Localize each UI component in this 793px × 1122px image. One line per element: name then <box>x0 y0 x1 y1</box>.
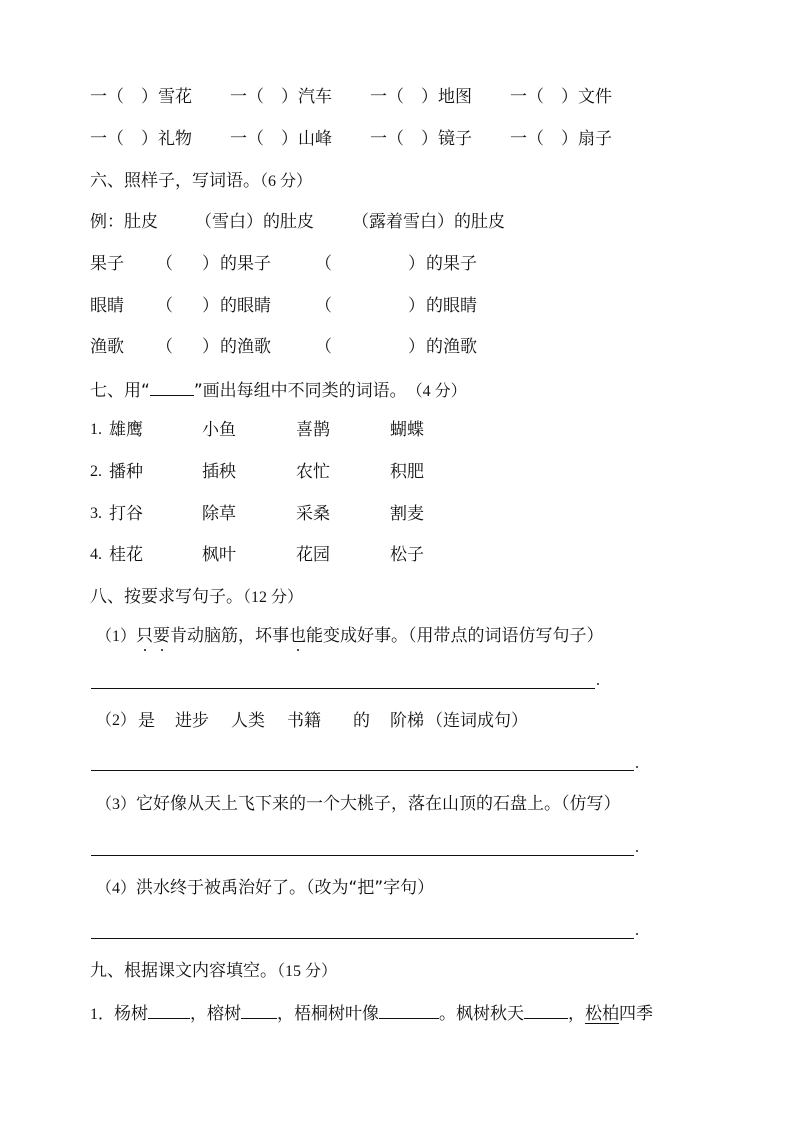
measure-word-item: 一（ ）山峰 <box>230 127 332 151</box>
measure-word-item: 一（ ）文件 <box>510 85 612 109</box>
answer-line-end-dot <box>636 766 638 768</box>
answer-line[interactable] <box>91 688 595 689</box>
question-9-1: 1．杨树，榕树，梧桐树叶像。枫树秋天，松柏四季 <box>90 1000 653 1027</box>
section-title: 六、照样子，写词语。 <box>90 171 260 191</box>
fill-text: 杨树 <box>114 1004 148 1024</box>
fill-blank[interactable] <box>379 1000 439 1019</box>
blank-prefix: 一（ ） <box>510 87 578 107</box>
noun: 汽车 <box>298 87 332 107</box>
row-long-suffix: 的渔歌 <box>426 335 477 359</box>
scrambled-word: 的 <box>353 709 370 733</box>
dotted-char: 只 <box>136 626 153 646</box>
scrambled-word: 进步 <box>175 709 209 733</box>
scrambled-word: 人类 <box>231 709 265 733</box>
section-title-part: 七、用“ <box>90 381 150 401</box>
group-word: 雄鹰 <box>109 418 143 442</box>
dotted-char: 要 <box>153 626 170 646</box>
row-word: 果子 <box>90 252 124 276</box>
fill-blank[interactable] <box>241 1000 277 1019</box>
fill-text: ，榕树 <box>190 1004 241 1024</box>
blank-prefix: 一（ ） <box>90 87 158 107</box>
section-title-part: ”画出每组中不同类的词语。 <box>194 381 407 401</box>
section-8-heading: 八、按要求写句子。（12 分） <box>90 585 303 610</box>
question-number: 1． <box>90 1006 114 1023</box>
answer-line[interactable] <box>91 770 634 771</box>
question-8-3: （3）它好像从天上飞下来的一个大桃子，落在山顶的石盘上。（仿写） <box>96 792 621 817</box>
example-label: 例：肚皮 <box>90 210 158 234</box>
close-paren: ） <box>202 294 219 318</box>
scrambled-word: 书籍 <box>287 709 321 733</box>
group-number: 2. <box>90 460 102 484</box>
answer-line[interactable] <box>91 855 634 856</box>
scrambled-word: 是 <box>138 709 155 733</box>
answer-line-end-dot <box>636 933 638 935</box>
question-instruction: （仿写） <box>561 794 621 814</box>
measure-word-item: 一（ ）礼物 <box>90 127 192 151</box>
question-text: 洪水终于被禹治好了。 <box>136 878 306 898</box>
group-word: 播种 <box>109 460 143 484</box>
dotted-char: 也 <box>289 626 306 646</box>
blank-prefix: 一（ ） <box>230 129 298 149</box>
section-score: （15 分） <box>277 963 337 980</box>
row-word: 渔歌 <box>90 335 124 359</box>
measure-word-item: 一（ ）地图 <box>370 85 472 109</box>
question-number: （2） <box>96 709 136 733</box>
fill-text: 。枫树秋天 <box>439 1004 524 1024</box>
question-instruction: （用带点的词语仿写句子） <box>408 626 604 646</box>
group-word: 枫叶 <box>202 543 236 567</box>
answer-line-end-dot <box>636 850 638 852</box>
group-number: 4. <box>90 543 102 567</box>
question-text: 肯动脑筋，坏事 <box>170 626 289 646</box>
blank-prefix: 一（ ） <box>370 87 438 107</box>
group-word: 割麦 <box>390 502 424 526</box>
question-text: 能变成好事。 <box>306 626 408 646</box>
close-paren: ） <box>202 335 219 359</box>
noun: 山峰 <box>298 129 332 149</box>
measure-word-item: 一（ ）镜子 <box>370 127 472 151</box>
group-word: 采桑 <box>296 502 330 526</box>
section-score: （4 分） <box>415 383 467 400</box>
answer-line[interactable] <box>91 938 634 939</box>
group-word: 松子 <box>390 543 424 567</box>
close-paren: ） <box>202 252 219 276</box>
open-paren: （ <box>156 294 173 318</box>
row-long-suffix: 的眼睛 <box>426 294 477 318</box>
blank-prefix: 一（ ） <box>370 129 438 149</box>
section-title: 九、根据课文内容填空。 <box>90 961 277 981</box>
question-text: 它好像从天上飞下来的一个大桃子，落在山顶的石盘上。 <box>136 794 561 814</box>
example-short: （雪白）的肚皮 <box>195 210 314 234</box>
row-short-suffix: 的渔歌 <box>220 335 271 359</box>
noun: 镜子 <box>438 129 472 149</box>
group-word: 喜鹊 <box>296 418 330 442</box>
open-paren: （ <box>315 335 332 359</box>
question-number: （4） <box>96 880 136 897</box>
group-number: 3. <box>90 502 102 526</box>
group-word: 蝴蝶 <box>390 418 424 442</box>
section-7-heading: 七、用“”画出每组中不同类的词语。（4 分） <box>90 377 467 404</box>
close-paren: ） <box>408 335 425 359</box>
row-word: 眼睛 <box>90 294 124 318</box>
fill-blank[interactable] <box>524 1000 568 1019</box>
question-8-4: （4）洪水终于被禹治好了。（改为“把”字句） <box>96 876 434 901</box>
section-6-heading: 六、照样子，写词语。（6 分） <box>90 169 312 194</box>
group-word: 除草 <box>202 502 236 526</box>
open-paren: （ <box>156 335 173 359</box>
open-paren: （ <box>315 252 332 276</box>
fill-text: 四季 <box>619 1004 653 1024</box>
underline-sample <box>150 377 194 396</box>
blank-prefix: 一（ ） <box>90 129 158 149</box>
section-9-heading: 九、根据课文内容填空。（15 分） <box>90 959 337 984</box>
group-word: 小鱼 <box>202 418 236 442</box>
group-word: 桂花 <box>109 543 143 567</box>
noun: 地图 <box>438 87 472 107</box>
group-word: 打谷 <box>109 502 143 526</box>
blank-prefix: 一（ ） <box>510 129 578 149</box>
fill-text: ， <box>568 1004 585 1024</box>
row-short-suffix: 的眼睛 <box>220 294 271 318</box>
question-instruction: （改为“把”字句） <box>306 878 434 898</box>
open-paren: （ <box>156 252 173 276</box>
question-instruction: （连词成句） <box>426 709 528 733</box>
section-title: 八、按要求写句子。 <box>90 587 243 607</box>
measure-word-item: 一（ ）雪花 <box>90 85 192 109</box>
fill-blank[interactable] <box>148 1000 190 1019</box>
answer-line-end-dot <box>597 683 599 685</box>
fill-text: ，梧桐树叶像 <box>277 1004 379 1024</box>
group-word: 农忙 <box>296 460 330 484</box>
row-short-suffix: 的果子 <box>220 252 271 276</box>
underlined-word: 松柏 <box>585 1004 619 1024</box>
group-word: 插秧 <box>202 460 236 484</box>
measure-word-item: 一（ ）扇子 <box>510 127 612 151</box>
section-score: （6 分） <box>260 173 312 190</box>
blank-prefix: 一（ ） <box>230 87 298 107</box>
close-paren: ） <box>408 294 425 318</box>
question-number: （3） <box>96 796 136 813</box>
close-paren: ） <box>408 252 425 276</box>
group-number: 1. <box>90 418 102 442</box>
noun: 扇子 <box>578 129 612 149</box>
question-8-1: （1）只要肯动脑筋，坏事也能变成好事。（用带点的词语仿写句子） <box>96 624 604 649</box>
section-score: （12 分） <box>243 589 303 606</box>
example-long: （露着雪白）的肚皮 <box>352 210 505 234</box>
open-paren: （ <box>315 294 332 318</box>
row-long-suffix: 的果子 <box>426 252 477 276</box>
measure-word-item: 一（ ）汽车 <box>230 85 332 109</box>
noun: 雪花 <box>158 87 192 107</box>
scrambled-word: 阶梯 <box>390 709 424 733</box>
group-word: 积肥 <box>390 460 424 484</box>
noun: 文件 <box>578 87 612 107</box>
question-number: （1） <box>96 628 136 645</box>
group-word: 花园 <box>296 543 330 567</box>
noun: 礼物 <box>158 129 192 149</box>
